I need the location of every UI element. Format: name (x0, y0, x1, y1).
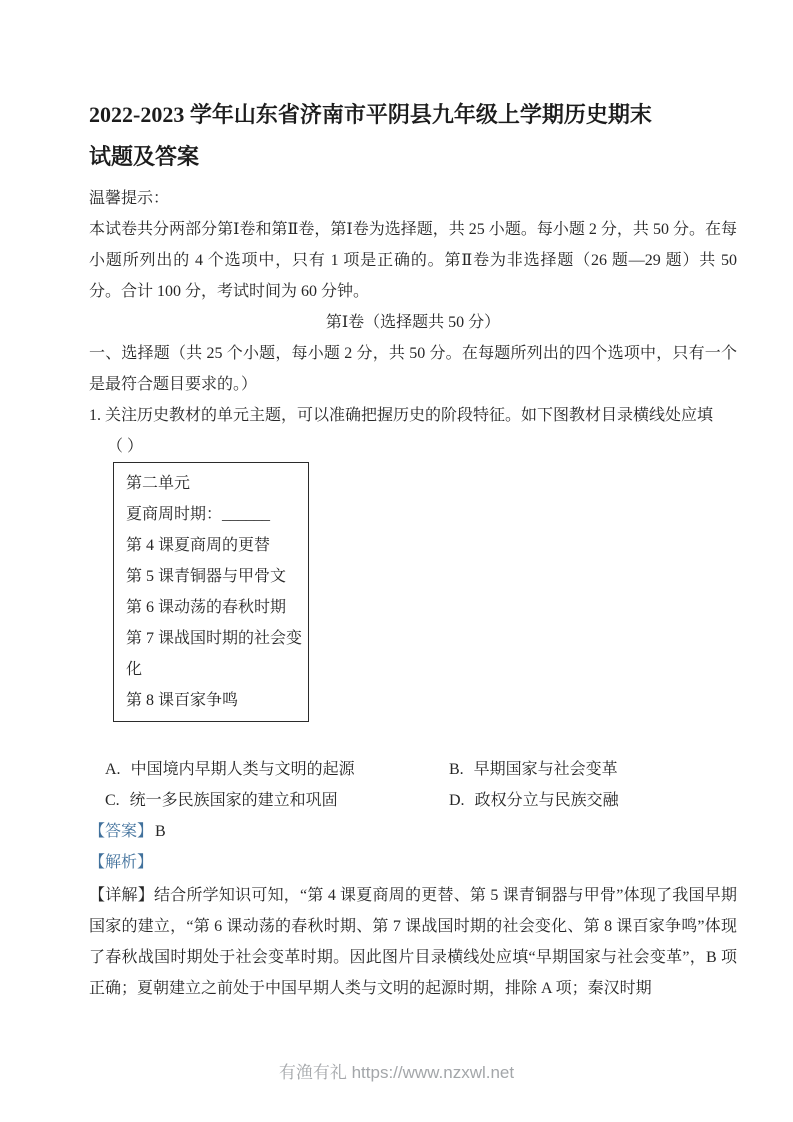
explanation-text: 结合所学知识可知，“第 4 课夏商周的更替、第 5 课青铜器与甲骨”体现了我国早… (89, 887, 737, 997)
answer-row: 【答案】B (89, 816, 737, 847)
explanation-paragraph: 【详解】结合所学知识可知，“第 4 课夏商周的更替、第 5 课青铜器与甲骨”体现… (89, 880, 737, 1004)
option-c: C.统一多民族国家的建立和巩固 (105, 785, 449, 816)
toc-line-lesson-7: 第 7 课战国时期的社会变化 (126, 623, 304, 685)
option-a-text: 中国境内早期人类与文明的起源 (131, 761, 355, 778)
site-watermark: 有渔有礼 https://www.nzxwl.net (0, 1060, 793, 1086)
notice-label: 温馨提示： (89, 183, 737, 214)
option-d-label: D. (449, 792, 465, 809)
watermark-text: 有渔有礼 https://www.nzxwl.net (279, 1063, 514, 1082)
option-d-text: 政权分立与民族交融 (475, 792, 619, 809)
toc-line-unit: 第二单元 (126, 468, 304, 499)
option-a-label: A. (105, 761, 121, 778)
textbook-toc-box: 第二单元 夏商周时期：______ 第 4 课夏商周的更替 第 5 课青铜器与甲… (113, 462, 309, 722)
page-title: 2022-2023 学年山东省济南市平阴县九年级上学期历史期末 试题及答案 (89, 94, 737, 178)
toc-line-period-blank: 夏商周时期：______ (126, 499, 304, 530)
option-b: B.早期国家与社会变革 (449, 754, 737, 785)
question-1-answer-blank: （ ） (107, 431, 737, 462)
option-b-text: 早期国家与社会变革 (474, 761, 618, 778)
answer-value: B (155, 823, 166, 840)
option-b-label: B. (449, 761, 464, 778)
toc-line-lesson-6: 第 6 课动荡的春秋时期 (126, 592, 304, 623)
option-c-text: 统一多民族国家的建立和巩固 (130, 792, 338, 809)
section-intro: 一、选择题（共 25 个小题，每小题 2 分，共 50 分。在每题所列出的四个选… (89, 338, 737, 400)
option-a: A.中国境内早期人类与文明的起源 (105, 754, 449, 785)
toc-line-lesson-8: 第 8 课百家争鸣 (126, 685, 304, 716)
question-1-stem: 1. 关注历史教材的单元主题，可以准确把握历史的阶段特征。如下图教材目录横线处应… (89, 400, 737, 431)
exam-document-page: 2022-2023 学年山东省济南市平阴县九年级上学期历史期末 试题及答案 温馨… (0, 0, 793, 1122)
analysis-label: 【解析】 (89, 847, 737, 878)
section-heading: 第Ⅰ卷（选择题共 50 分） (89, 307, 737, 338)
answer-label: 【答案】 (89, 823, 153, 840)
explanation-label: 【详解】 (89, 887, 154, 904)
option-c-label: C. (105, 792, 120, 809)
toc-line-lesson-4: 第 4 课夏商周的更替 (126, 530, 304, 561)
title-line-2: 试题及答案 (89, 136, 737, 178)
toc-line-lesson-5: 第 5 课青铜器与甲骨文 (126, 561, 304, 592)
question-1-options: A.中国境内早期人类与文明的起源 B.早期国家与社会变革 C.统一多民族国家的建… (105, 754, 737, 816)
option-d: D.政权分立与民族交融 (449, 785, 737, 816)
title-line-1: 2022-2023 学年山东省济南市平阴县九年级上学期历史期末 (89, 94, 737, 136)
exam-instructions: 本试卷共分两部分第Ⅰ卷和第Ⅱ卷，第Ⅰ卷为选择题，共 25 小题。每小题 2 分，… (89, 214, 737, 307)
